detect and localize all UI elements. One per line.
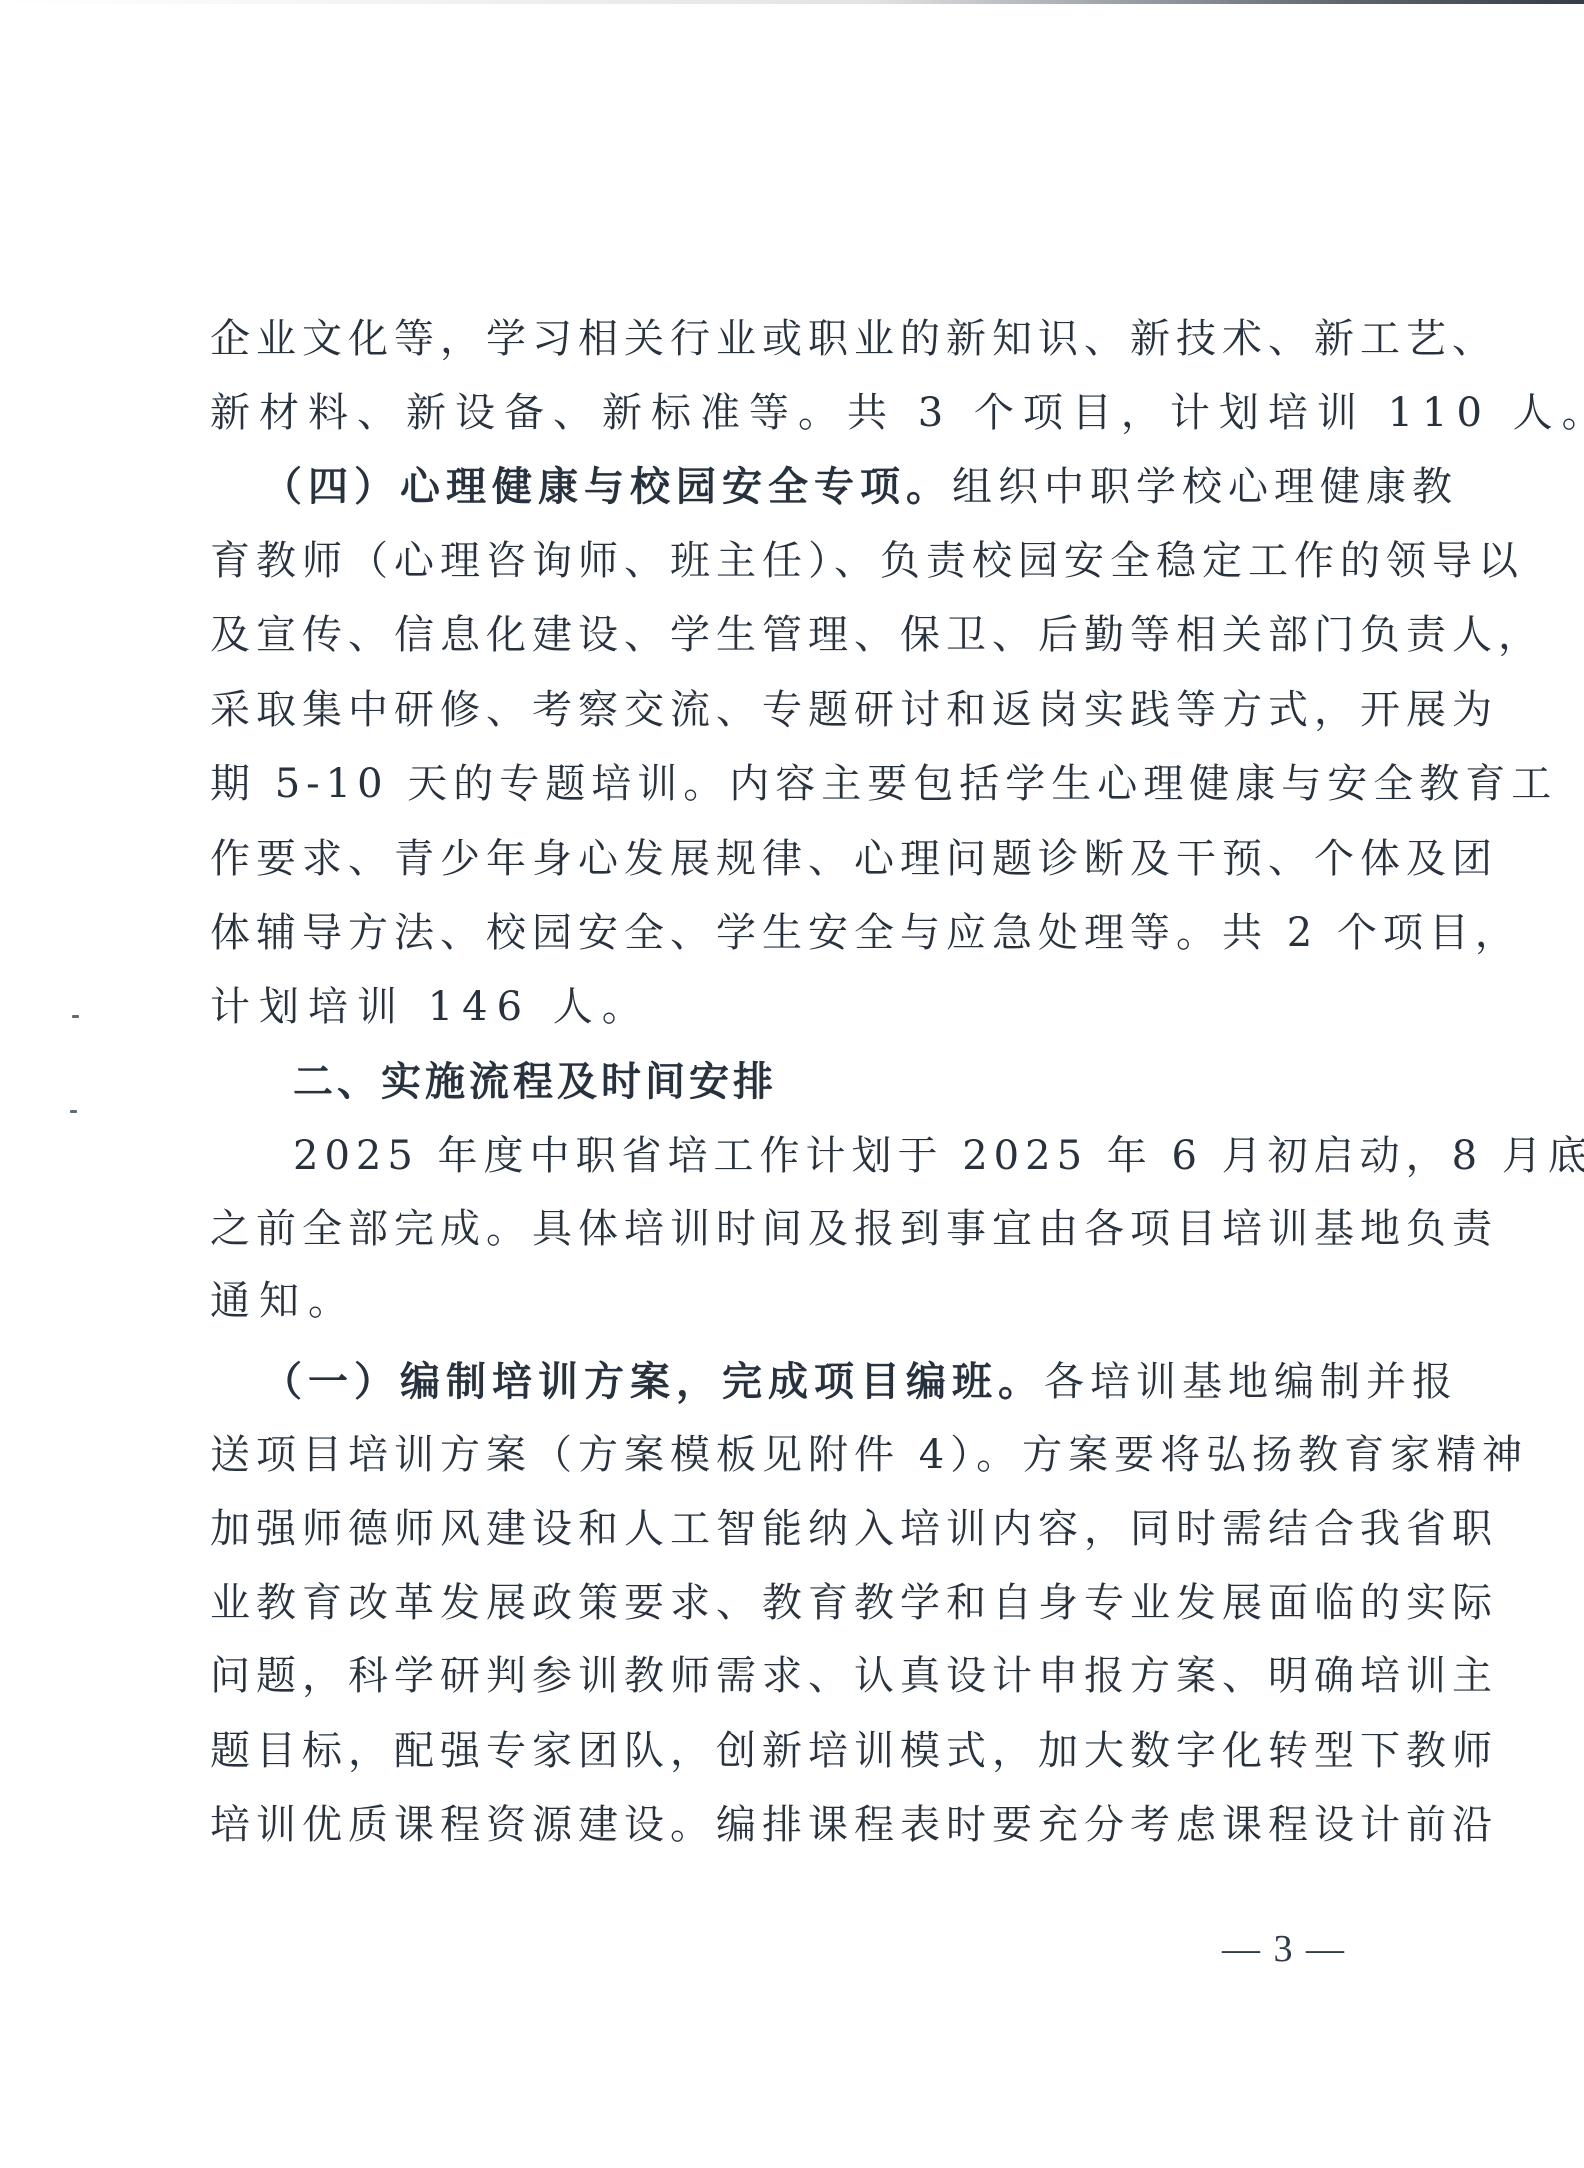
body-line: 加强师德师风建设和人工智能纳入培训内容，同时需结合我省职	[210, 1492, 1340, 1566]
body-line: 送项目培训方案（方案模板见附件 4）。方案要将弘扬教育家精神	[210, 1418, 1340, 1492]
body-line: 体辅导方法、校园安全、学生安全与应急处理等。共 2 个项目，	[210, 896, 1340, 970]
section-heading: 二、实施流程及时间安排	[293, 1045, 1340, 1119]
body-line: 育教师（心理咨询师、班主任）、负责校园安全稳定工作的领导以	[210, 524, 1340, 598]
section-4-first-line: （四）心理健康与校园安全专项。组织中职学校心理健康教	[262, 450, 1340, 524]
body-line: 采取集中研修、考察交流、专题研讨和返岗实践等方式，开展为	[210, 673, 1340, 747]
page-number: — 3 —	[1218, 1926, 1350, 1972]
body-line: 计划培训 146 人。	[210, 970, 1340, 1044]
body-line: 题目标，配强专家团队，创新培训模式，加大数字化转型下教师	[210, 1714, 1340, 1788]
body-line: 培训优质课程资源建设。编排课程表时要充分考虑课程设计前沿	[210, 1788, 1340, 1862]
body-line: 期 5-10 天的专题培训。内容主要包括学生心理健康与安全教育工	[210, 747, 1340, 821]
body-line: 业教育改革发展政策要求、教育教学和自身专业发展面临的实际	[210, 1566, 1340, 1640]
body-line: 新材料、新设备、新标准等。共 3 个项目，计划培训 110 人。	[210, 376, 1340, 450]
body-line: 之前全部完成。具体培训时间及报到事宜由各项目培训基地负责	[210, 1192, 1340, 1266]
section-4-text: 组织中职学校心理健康教	[952, 464, 1458, 510]
document-page: 企业文化等，学习相关行业或职业的新知识、新技术、新工艺、 新材料、新设备、新标准…	[0, 0, 1584, 2168]
body-line: 及宣传、信息化建设、学生管理、保卫、后勤等相关部门负责人，	[210, 598, 1340, 672]
body-line: 问题，科学研判参训教师需求、认真设计申报方案、明确培训主	[210, 1639, 1340, 1713]
subsection-1-first-line: （一）编制培训方案，完成项目编班。各培训基地编制并报	[262, 1345, 1340, 1419]
body-line: 作要求、青少年身心发展规律、心理问题诊断及干预、个体及团	[210, 822, 1340, 896]
section-4-lead: （四）心理健康与校园安全专项。	[262, 463, 952, 510]
body-line: 企业文化等，学习相关行业或职业的新知识、新技术、新工艺、	[210, 302, 1340, 376]
subsection-1-lead: （一）编制培训方案，完成项目编班。	[262, 1358, 1044, 1405]
body-line: 2025 年度中职省培工作计划于 2025 年 6 月初启动，8 月底	[293, 1119, 1340, 1193]
subsection-1-text: 各培训基地编制并报	[1044, 1359, 1458, 1405]
body-line: 通知。	[210, 1264, 1340, 1338]
